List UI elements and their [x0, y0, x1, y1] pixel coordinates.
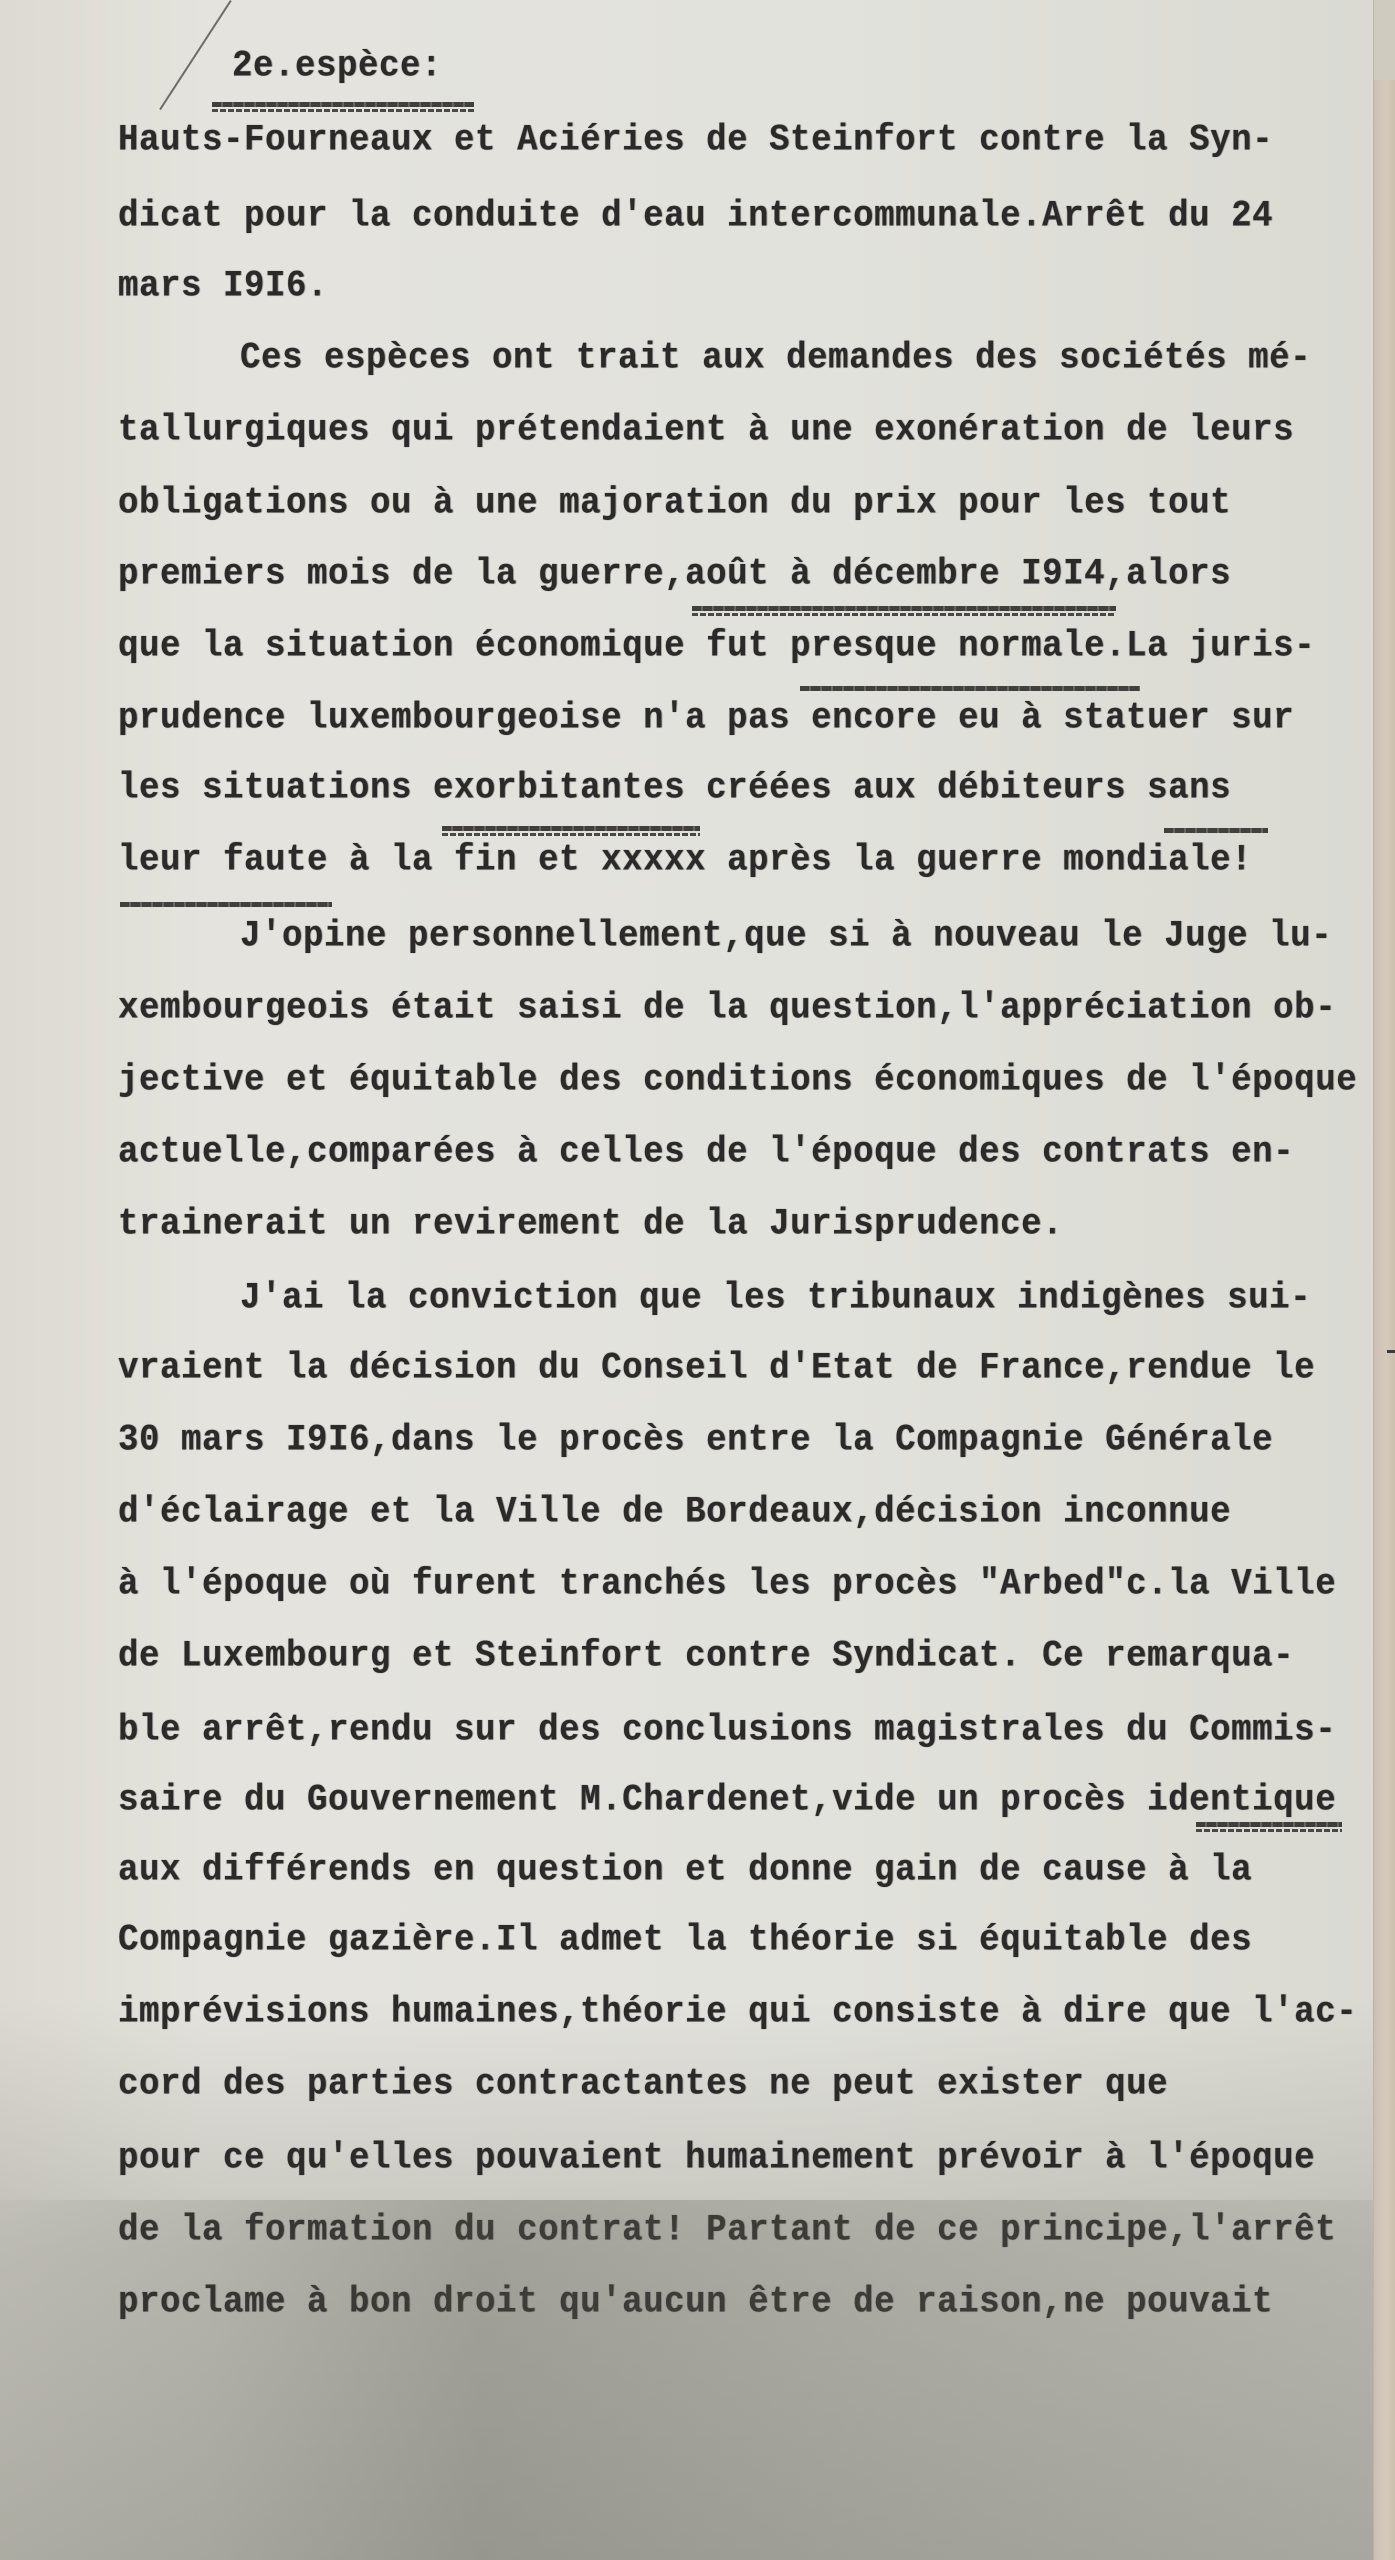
- text-line: vraient la décision du Conseil d'Etat de…: [118, 1348, 1315, 1389]
- text-line: les situations exorbitantes créées aux d…: [118, 768, 1231, 809]
- text-line: pour ce qu'elles pouvaient humainement p…: [118, 2138, 1315, 2179]
- text-line: trainerait un revirement de la Jurisprud…: [118, 1204, 1063, 1245]
- text-line: à l'époque où furent tranchés les procès…: [118, 1564, 1336, 1605]
- typewritten-page: 2e.espèce: Hauts-Fourneaux et Aciéries d…: [0, 0, 1374, 2560]
- text-line: saire du Gouvernement M.Chardenet,vide u…: [118, 1780, 1336, 1821]
- margin-mark: [1387, 1350, 1395, 1353]
- paragraph-start: J'opine personnellement,que si à nouveau…: [240, 916, 1332, 957]
- text-line: d'éclairage et la Ville de Bordeaux,déci…: [118, 1492, 1231, 1533]
- underline-leur-faute: [120, 902, 332, 907]
- underline-date-range: [692, 606, 1116, 611]
- text-line: de la formation du contrat! Partant de c…: [118, 2210, 1336, 2251]
- text-line: leur faute à la fin et xxxxx après la gu…: [118, 840, 1252, 881]
- text-line: Compagnie gazière.Il admet la théorie si…: [118, 1920, 1252, 1961]
- text-line: actuelle,comparées à celles de l'époque …: [118, 1132, 1294, 1173]
- text-line: cord des parties contractantes ne peut e…: [118, 2064, 1168, 2105]
- text-line: Hauts-Fourneaux et Aciéries de Steinfort…: [118, 120, 1273, 161]
- underline-presque-normale: [800, 686, 1140, 691]
- text-line: jective et équitable des conditions écon…: [118, 1060, 1357, 1101]
- text-line: ble arrêt,rendu sur des conclusions magi…: [118, 1710, 1336, 1751]
- text-line: de Luxembourg et Steinfort contre Syndic…: [118, 1636, 1294, 1677]
- paragraph-start: Ces espèces ont trait aux demandes des s…: [240, 338, 1311, 379]
- text-line: dicat pour la conduite d'eau intercommun…: [118, 196, 1273, 237]
- text-line: tallurgiques qui prétendaient à une exon…: [118, 410, 1294, 451]
- text-line: mars I9I6.: [118, 266, 328, 307]
- underline-exorbitantes: [442, 826, 700, 831]
- paragraph-start: J'ai la conviction que les tribunaux ind…: [240, 1278, 1311, 1319]
- text-line: aux différends en question et donne gain…: [118, 1850, 1252, 1891]
- heading-underline: [212, 102, 474, 107]
- text-line: que la situation économique fut presque …: [118, 626, 1315, 667]
- pencil-mark: [159, 0, 231, 110]
- text-line: imprévisions humaines,théorie qui consis…: [118, 1992, 1357, 2033]
- text-line: 30 mars I9I6,dans le procès entre la Com…: [118, 1420, 1273, 1461]
- section-heading: 2e.espèce:: [232, 46, 442, 87]
- text-line: proclame à bon droit qu'aucun être de ra…: [118, 2282, 1273, 2323]
- text-line: xembourgeois était saisi de la question,…: [118, 988, 1336, 1029]
- underline-identique: [1196, 1822, 1342, 1827]
- desk-background-edge: [1373, 80, 1395, 2560]
- text-line: premiers mois de la guerre,août à décemb…: [118, 554, 1231, 595]
- underline-sans: [1164, 828, 1268, 833]
- text-line: obligations ou à une majoration du prix …: [118, 483, 1231, 524]
- text-line: prudence luxembourgeoise n'a pas encore …: [118, 698, 1294, 739]
